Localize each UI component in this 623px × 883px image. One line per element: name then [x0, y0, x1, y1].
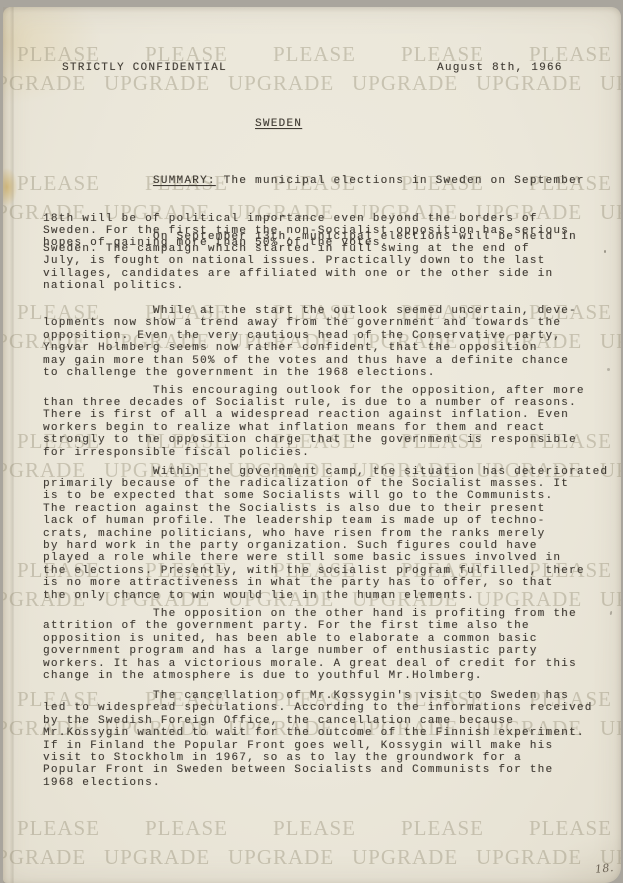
- document-content: STRICTLY CONFIDENTIAL August 8th, 1966 S…: [3, 7, 621, 883]
- paragraph-elections-held: On September 13th, municipal elections w…: [43, 231, 577, 293]
- scan-speck: [607, 368, 610, 371]
- page-title: SWEDEN: [255, 118, 302, 130]
- separator-dashes: - - -: [265, 211, 304, 223]
- scanned-page: PLEASEPLEASEPLEASEPLEASEPLEASEUPGRADEUPG…: [0, 0, 623, 883]
- summary-first-line-rest: The municipal elections in Sweden on Sep…: [216, 175, 585, 187]
- summary-first-line: SUMMARY: The municipal elections in Swed…: [43, 175, 585, 187]
- scan-speck: [604, 250, 606, 253]
- paragraph-government-camp: Within the government camp, the situatio…: [43, 466, 608, 602]
- paragraph-kossygin: The cancellation of Mr.Kossygin's visit …: [43, 690, 593, 789]
- paragraph-outlook-trend: While at the start the outlook seemed un…: [43, 305, 577, 379]
- summary-label: SUMMARY:: [153, 175, 216, 187]
- paper: PLEASEPLEASEPLEASEPLEASEPLEASEUPGRADEUPG…: [3, 7, 621, 883]
- summary-indent: [43, 175, 153, 187]
- scan-speck: [610, 611, 613, 615]
- classification-label: STRICTLY CONFIDENTIAL: [62, 62, 227, 74]
- paragraph-opposition-profit: The opposition on the other hand is prof…: [43, 608, 577, 682]
- date-label: August 8th, 1966: [437, 62, 563, 74]
- paragraph-reasons: This encouraging outlook for the opposit…: [43, 385, 585, 459]
- page-number-handwritten: 18.: [594, 862, 614, 876]
